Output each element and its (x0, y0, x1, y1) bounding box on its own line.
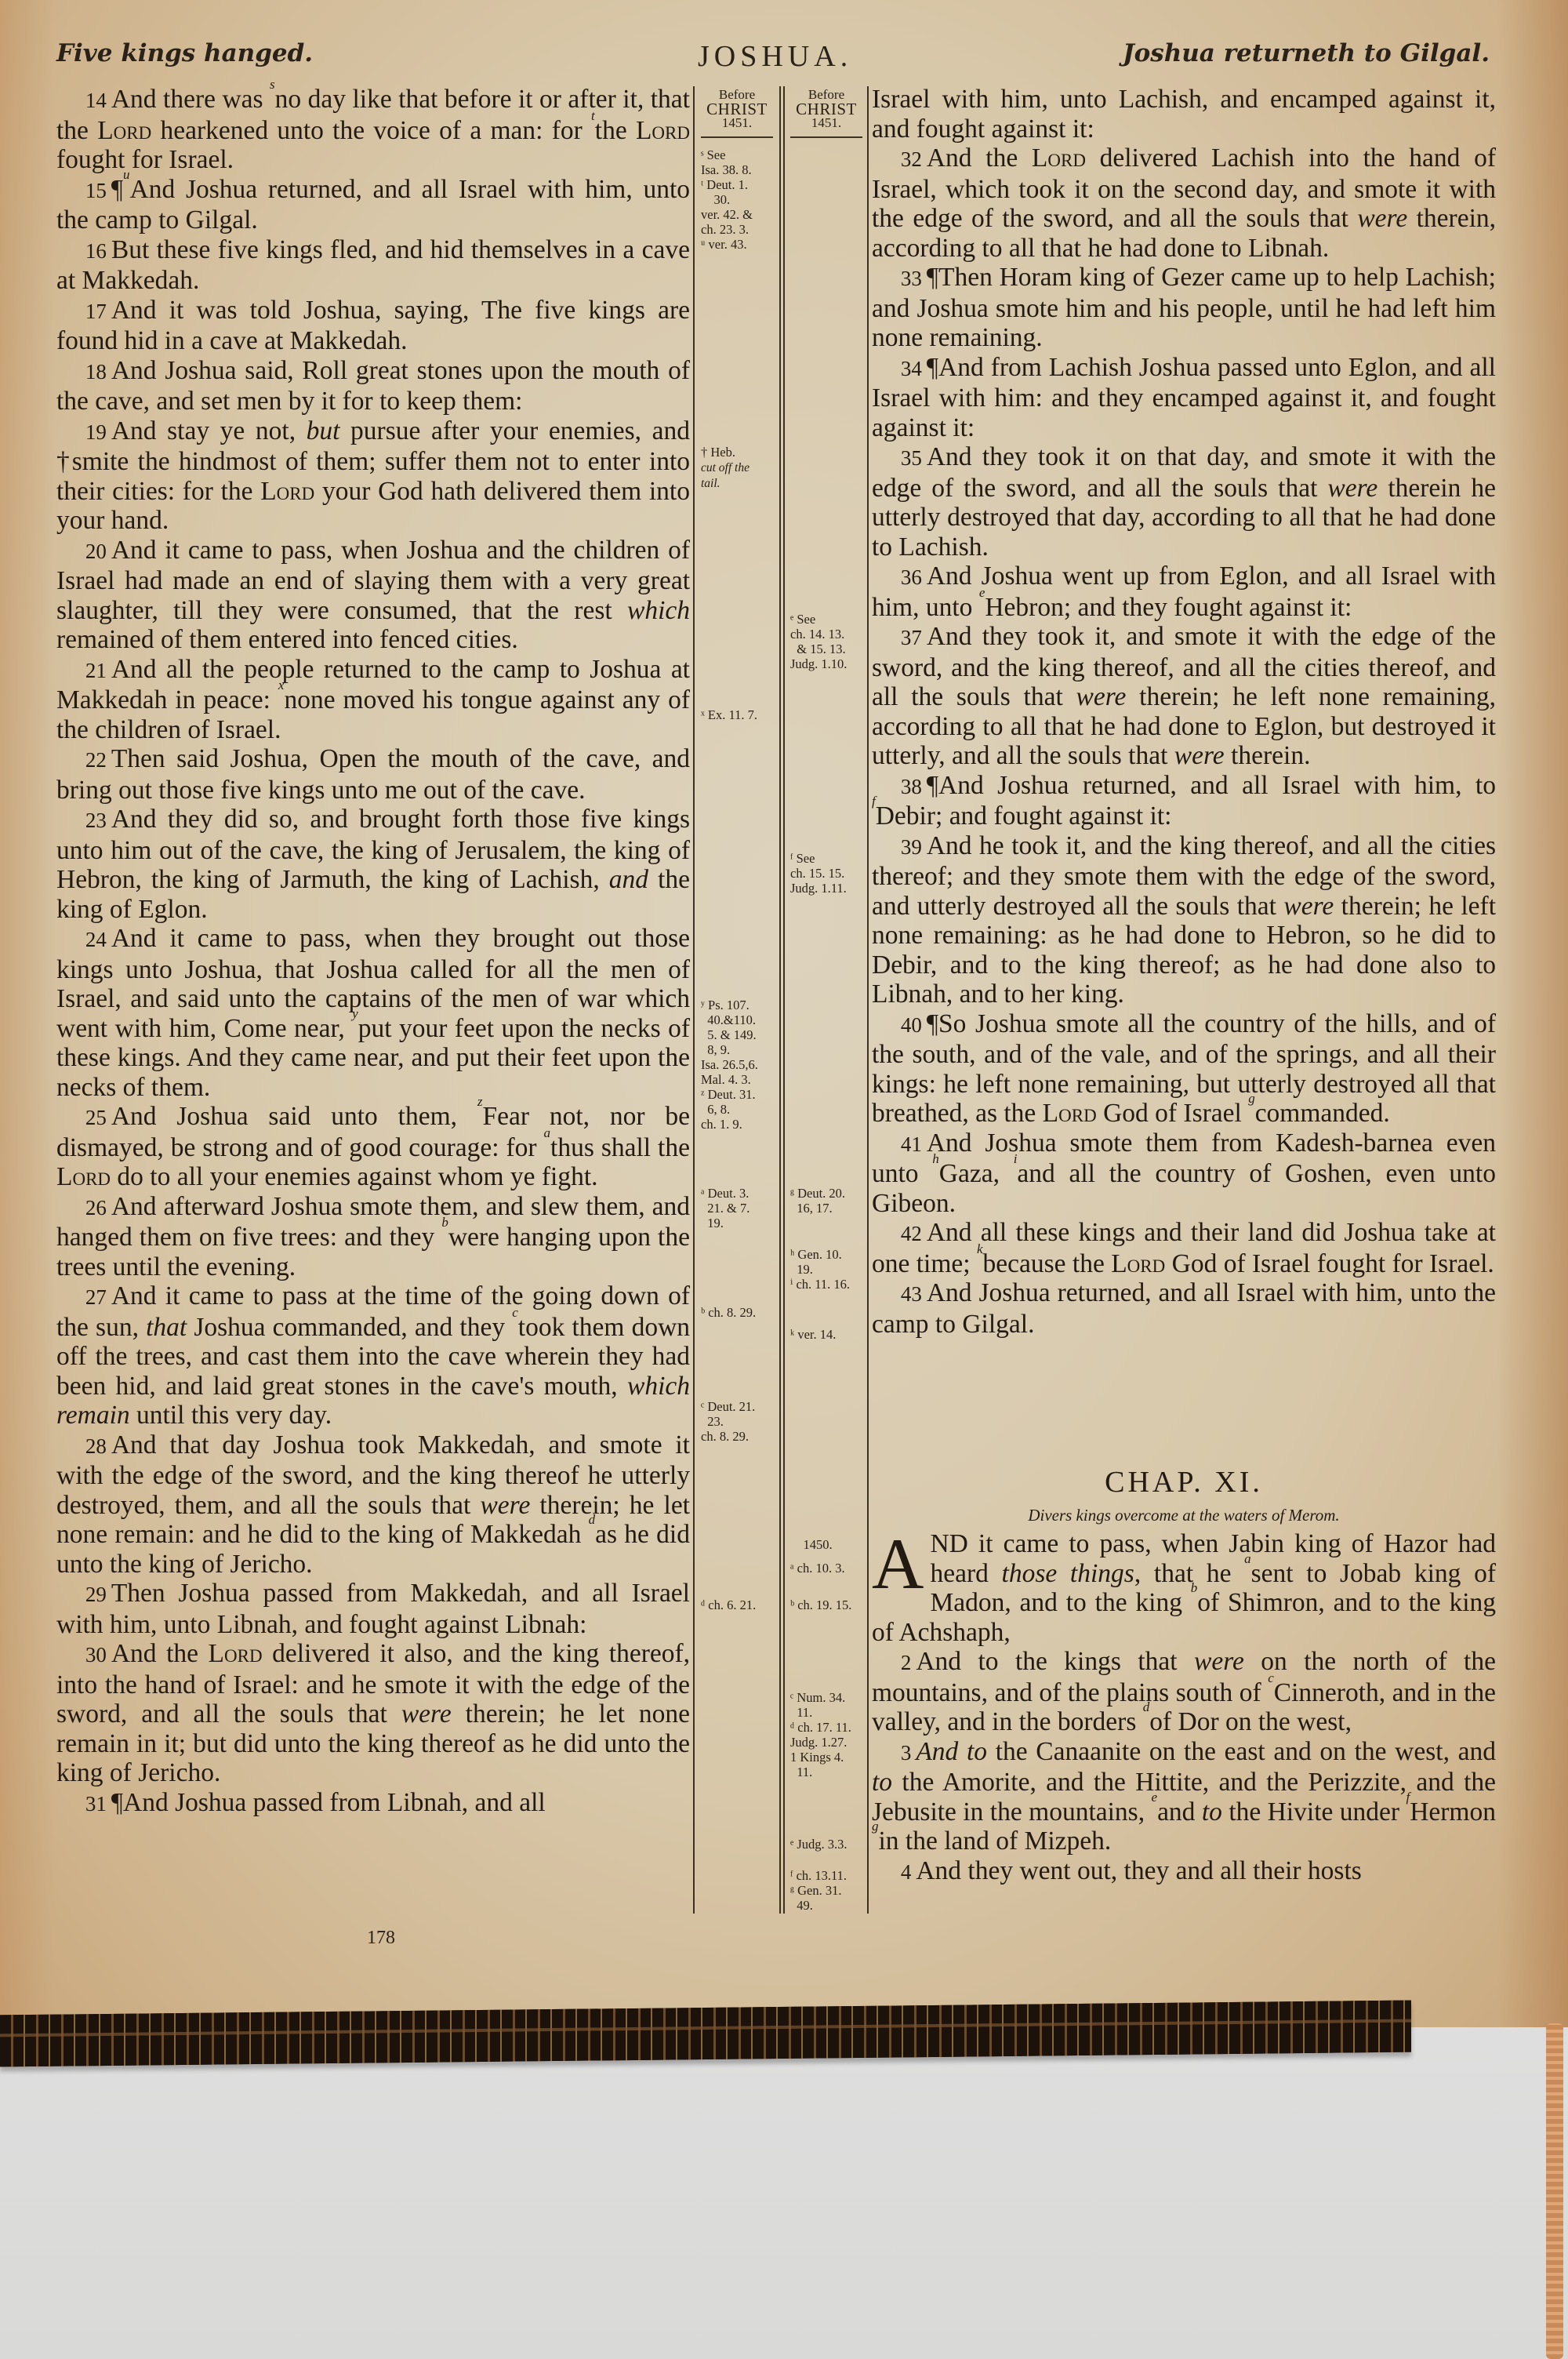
verse: 26And afterward Joshua smote them, and s… (56, 1192, 690, 1282)
verse-text: And stay ye not, but pursue after your e… (56, 416, 690, 536)
verse-text: And he took it, and the king thereof, an… (872, 831, 1496, 1009)
verse: 37And they took it, and smote it with th… (872, 622, 1496, 771)
verse: 40¶So Joshua smote all the country of th… (872, 1009, 1496, 1129)
verse: 19And stay ye not, but pursue after your… (56, 416, 690, 536)
verse: 3And to the Canaanite on the east and on… (872, 1737, 1496, 1856)
verse: 33¶Then Horam king of Gezer came up to h… (872, 263, 1496, 353)
verse-text: And all the people returned to the camp … (56, 655, 690, 744)
verse-text: ¶uAnd Joshua returned, and all Israel wi… (56, 175, 690, 235)
verse-number: 25 (85, 1106, 107, 1129)
cross-reference: ʸ Ps. 107. 40.&110. 5. & 149. 8, 9. Isa.… (701, 998, 758, 1132)
verse-number: 40 (901, 1013, 922, 1037)
running-head-right: Joshua returneth to Gilgal. (1123, 39, 1490, 67)
verse: 25And Joshua said unto them, zFear not, … (56, 1102, 690, 1192)
cross-reference: ᵃ ch. 10. 3. (790, 1561, 845, 1576)
verse-text: ¶And Joshua passed from Libnah, and all (111, 1788, 546, 1817)
verse-text: And it came to pass at the time of the g… (56, 1281, 690, 1430)
cross-reference: ˢ See Isa. 38. 8. ᵗ Deut. 1. 30. ver. 42… (701, 147, 753, 252)
verse: 34¶And from Lachish Joshua passed unto E… (872, 353, 1496, 443)
verse: 29Then Joshua passed from Makkedah, and … (56, 1579, 690, 1639)
verse: 23And they did so, and brought forth tho… (56, 805, 690, 924)
verse-text: And there was sno day like that before i… (56, 85, 690, 174)
verse-text: And Joshua went up from Eglon, and all I… (872, 562, 1496, 622)
column-rule (779, 86, 781, 1914)
drop-cap: A (872, 1532, 924, 1595)
text-column-left: 14And there was sno day like that before… (56, 85, 690, 1819)
verse-number: 2 (901, 1651, 912, 1674)
text-column-right: Israel with him, unto Lachish, and encam… (872, 85, 1496, 1457)
verse-number: 39 (901, 835, 922, 859)
verse: 2And to the kings that were on the north… (872, 1647, 1496, 1737)
verse-text: And they took it, and smote it with the … (872, 622, 1496, 770)
column-rule (867, 86, 869, 1914)
chapter-summary: Divers kings overcome at the waters of M… (872, 1506, 1496, 1525)
verse-number: 19 (85, 420, 107, 444)
verse-number: 34 (901, 357, 922, 380)
cross-reference: ᶜ Num. 34. 11. ᵈ ch. 17. 11. Judg. 1.27.… (790, 1690, 851, 1779)
verse-number: 18 (85, 360, 107, 383)
verse-text: And afterward Joshua smote them, and sle… (56, 1192, 690, 1281)
cross-reference: † Heb. cut off the tail. (701, 445, 750, 491)
running-head-book-title: JOSHUA. (698, 39, 852, 74)
verse-number: 23 (85, 809, 107, 832)
verse-text: Then said Joshua, Open the mouth of the … (56, 744, 690, 805)
cross-reference: ᵈ ch. 6. 21. (701, 1598, 756, 1612)
verse: 43And Joshua returned, and all Israel wi… (872, 1278, 1496, 1339)
verse-number: 15 (85, 179, 107, 202)
verse: 18And Joshua said, Roll great stones upo… (56, 356, 690, 416)
verse-text: And Joshua said, Roll great stones upon … (56, 356, 690, 416)
verse-text: ¶Then Horam king of Gezer came up to hel… (872, 263, 1496, 352)
verse-number: 27 (85, 1285, 107, 1309)
verse: 41And Joshua smote them from Kadesh-barn… (872, 1129, 1496, 1219)
verse-text: And the Lord delivered Lachish into the … (872, 144, 1496, 263)
verse-text: Israel with him, unto Lachish, and encam… (872, 85, 1496, 144)
cross-reference: ᵃ Deut. 3. 21. & 7. 19. (701, 1186, 750, 1230)
margin-references-left: Before CHRIST 1451. ˢ See Isa. 38. 8. ᵗ … (698, 88, 776, 1915)
header-rule (701, 136, 773, 138)
cross-reference: ᶠ ch. 13.11. ᵍ Gen. 31. 49. (790, 1868, 847, 1913)
verse-number: 37 (901, 626, 922, 649)
verse-number: 20 (85, 540, 107, 563)
verse-number: 17 (85, 300, 107, 323)
verse-text: And it came to pass, when they brought o… (56, 924, 690, 1102)
column-rule (693, 86, 695, 1914)
verse-number: 14 (85, 89, 107, 112)
verse-number: 24 (85, 928, 107, 951)
header-rule (790, 136, 862, 138)
verse-number: 26 (85, 1196, 107, 1219)
verse-number: 36 (901, 565, 922, 589)
verse-text: And Joshua returned, and all Israel with… (872, 1278, 1496, 1339)
verse-text: And it came to pass, when Joshua and the… (56, 536, 690, 655)
verse-text: And they took it on that day, and smote … (872, 442, 1496, 562)
verse-number: 31 (85, 1792, 107, 1816)
verse: 30And the Lord delivered it also, and th… (56, 1639, 690, 1788)
verse-text: Then Joshua passed from Makkedah, and al… (56, 1579, 690, 1639)
verse-text: ¶And from Lachish Joshua passed unto Egl… (872, 353, 1496, 442)
running-head-left: Five kings hanged. (56, 39, 313, 67)
verse-text: And Joshua smote them from Kadesh-barnea… (872, 1129, 1496, 1218)
cross-reference: ᵉ See ch. 14. 13. & 15. 13. Judg. 1.10. (790, 612, 847, 671)
verse: 31¶And Joshua passed from Libnah, and al… (56, 1788, 690, 1819)
verse: 36And Joshua went up from Eglon, and all… (872, 562, 1496, 622)
cross-reference: ᵏ ver. 14. (790, 1327, 836, 1342)
verse: 22Then said Joshua, Open the mouth of th… (56, 744, 690, 805)
bible-page: Five kings hanged. JOSHUA. Joshua return… (0, 0, 1568, 2027)
verse: 38¶And Joshua returned, and all Israel w… (872, 771, 1496, 831)
verse-text: And they went out, they and all their ho… (916, 1856, 1361, 1885)
margin-date-header: Before CHRIST 1451. (698, 88, 776, 138)
verse-number: 43 (901, 1282, 922, 1306)
verse: 24And it came to pass, when they brought… (56, 924, 690, 1102)
verse-text: And Joshua said unto them, zFear not, no… (56, 1102, 690, 1191)
cross-reference: 1450. (790, 1537, 833, 1552)
cross-reference: ʰ Gen. 10. 19. ⁱ ch. 11. 16. (790, 1247, 850, 1292)
verse: 32And the Lord delivered Lachish into th… (872, 144, 1496, 263)
verse-number: 28 (85, 1434, 107, 1458)
verse-text: And it was told Joshua, saying, The five… (56, 296, 690, 356)
verse-number: 33 (901, 267, 922, 290)
verse-text: And to the kings that were on the north … (872, 1647, 1496, 1736)
verse-text: ¶And Joshua returned, and all Israel wit… (872, 771, 1496, 831)
verse-text: And the Lord delivered it also, and the … (56, 1639, 690, 1787)
verse: 4And they went out, they and all their h… (872, 1856, 1496, 1888)
cross-reference: ᵇ ch. 19. 15. (790, 1598, 851, 1612)
cross-reference: ᵉ Judg. 3.3. (790, 1837, 848, 1852)
verse: 35And they took it on that day, and smot… (872, 442, 1496, 562)
column-rule (783, 86, 785, 1914)
verse-text: And that day Joshua took Makkedah, and s… (56, 1430, 690, 1579)
cross-reference: ᵍ Deut. 20. 16, 17. (790, 1186, 845, 1216)
verse: Israel with him, unto Lachish, and encam… (872, 85, 1496, 144)
verse-text: And all these kings and their land did J… (872, 1218, 1496, 1278)
cross-reference: ᶠ See ch. 15. 15. Judg. 1.11. (790, 851, 847, 896)
verse-number: 42 (901, 1222, 922, 1245)
cross-reference: ᵇ ch. 8. 29. (701, 1305, 756, 1320)
verse-text: ND it came to pass, when Jabin king of H… (872, 1529, 1496, 1647)
verse-number: 35 (901, 446, 922, 470)
verse-text: But these five kings fled, and hid thems… (56, 235, 690, 296)
verse: 28And that day Joshua took Makkedah, and… (56, 1430, 690, 1579)
verse-number: 29 (85, 1583, 107, 1606)
verse-number: 21 (85, 659, 107, 682)
chapter-body: AND it came to pass, when Jabin king of … (872, 1529, 1496, 1887)
verse-number: 16 (85, 239, 107, 263)
bookmark-ribbon (1546, 2023, 1563, 2359)
chapter-heading: CHAP. XI. (872, 1465, 1496, 1499)
verse: 17And it was told Joshua, saying, The fi… (56, 296, 690, 356)
verse: 14And there was sno day like that before… (56, 85, 690, 175)
cross-reference: ˣ Ex. 11. 7. (701, 707, 757, 722)
verse-number: 30 (85, 1643, 107, 1667)
margin-date-header: Before CHRIST 1451. (787, 88, 866, 138)
verse: 39And he took it, and the king thereof, … (872, 831, 1496, 1009)
background-surface (0, 2027, 1568, 2359)
verse: ND it came to pass, when Jabin king of H… (872, 1529, 1496, 1647)
verse-number: 3 (901, 1741, 912, 1765)
verse-number: 22 (85, 748, 107, 772)
margin-references-right: Before CHRIST 1451. ᵉ See ch. 14. 13. & … (787, 88, 866, 1915)
verse: 20And it came to pass, when Joshua and t… (56, 536, 690, 655)
verse: 42And all these kings and their land did… (872, 1218, 1496, 1278)
verse-number: 41 (901, 1132, 922, 1156)
verse-number: 4 (901, 1860, 912, 1884)
verse-number: 38 (901, 775, 922, 798)
page-number: 178 (367, 1928, 395, 1949)
verse-text: And to the Canaanite on the east and on … (872, 1737, 1496, 1856)
cross-reference: ᶜ Deut. 21. 23. ch. 8. 29. (701, 1399, 755, 1444)
verse-text: ¶So Joshua smote all the country of the … (872, 1009, 1496, 1129)
verse: 15¶uAnd Joshua returned, and all Israel … (56, 175, 690, 235)
verse-text: And they did so, and brought forth those… (56, 805, 690, 924)
verse: 21And all the people returned to the cam… (56, 655, 690, 745)
verse-number: 32 (901, 147, 922, 171)
verse: 16But these five kings fled, and hid the… (56, 235, 690, 296)
verse: 27And it came to pass at the time of the… (56, 1281, 690, 1430)
